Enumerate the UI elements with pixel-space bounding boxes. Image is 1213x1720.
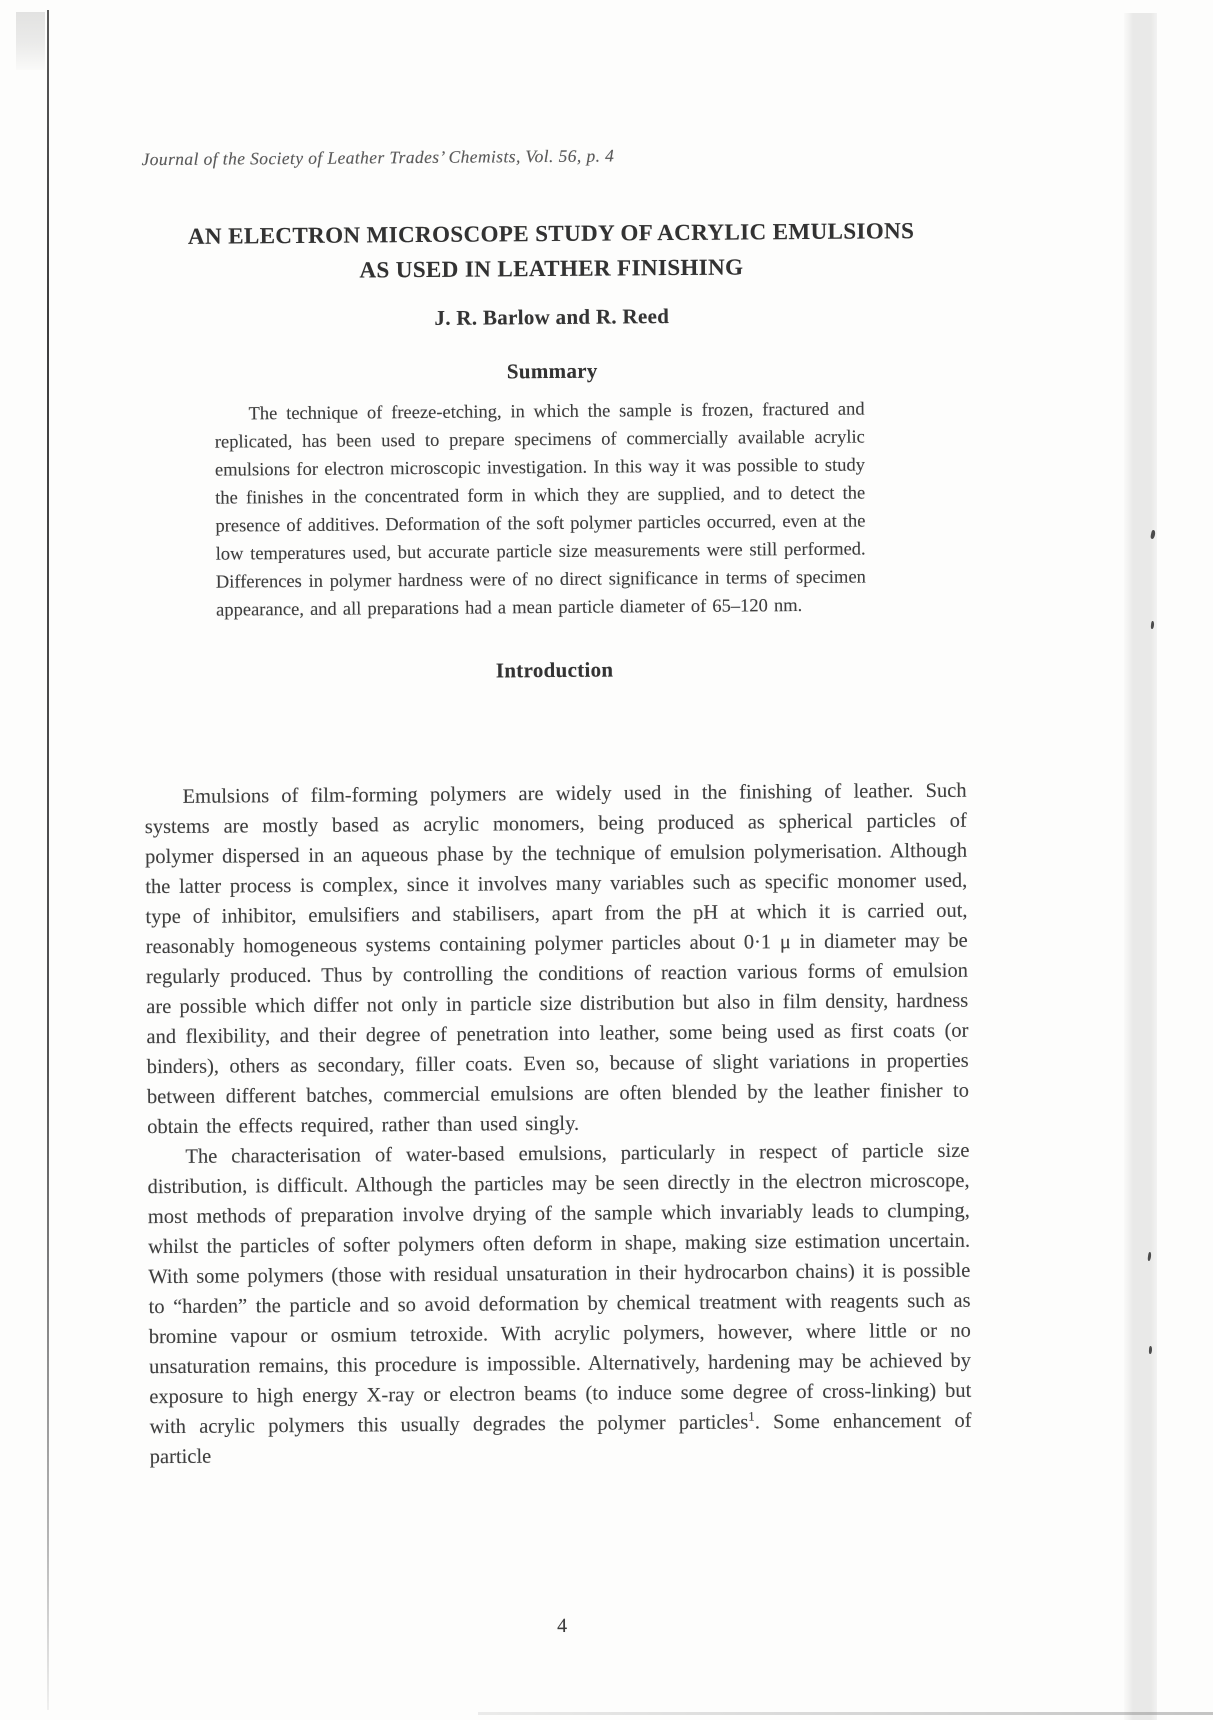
page-number: 4 bbox=[151, 1612, 973, 1641]
introduction-heading: Introduction bbox=[144, 655, 966, 686]
paper-authors: J. R. Barlow and R. Reed bbox=[141, 302, 963, 333]
summary-heading: Summary bbox=[141, 356, 963, 387]
paper-title-line-1: AN ELECTRON MICROSCOPE STUDY OF ACRYLIC … bbox=[140, 213, 962, 254]
intro-paragraph-2: The characterisation of water-based emul… bbox=[147, 1136, 972, 1472]
summary-text: The technique of freeze-etching, in whic… bbox=[214, 396, 866, 625]
paper-title: AN ELECTRON MICROSCOPE STUDY OF ACRYLIC … bbox=[140, 213, 963, 289]
paper-title-line-2: AS USED IN LEATHER FINISHING bbox=[140, 248, 962, 289]
intro-paragraph-2-text: The characterisation of water-based emul… bbox=[148, 1140, 972, 1438]
intro-paragraph-1: Emulsions of film-forming polymers are w… bbox=[144, 776, 969, 1142]
page-content: Journal of the Society of Leather Trades… bbox=[0, 0, 1213, 1720]
introduction-body: Emulsions of film-forming polymers are w… bbox=[144, 776, 971, 1472]
journal-citation-line: Journal of the Society of Leather Trades… bbox=[141, 143, 971, 171]
scanned-journal-page: Journal of the Society of Leather Trades… bbox=[0, 0, 1213, 1720]
